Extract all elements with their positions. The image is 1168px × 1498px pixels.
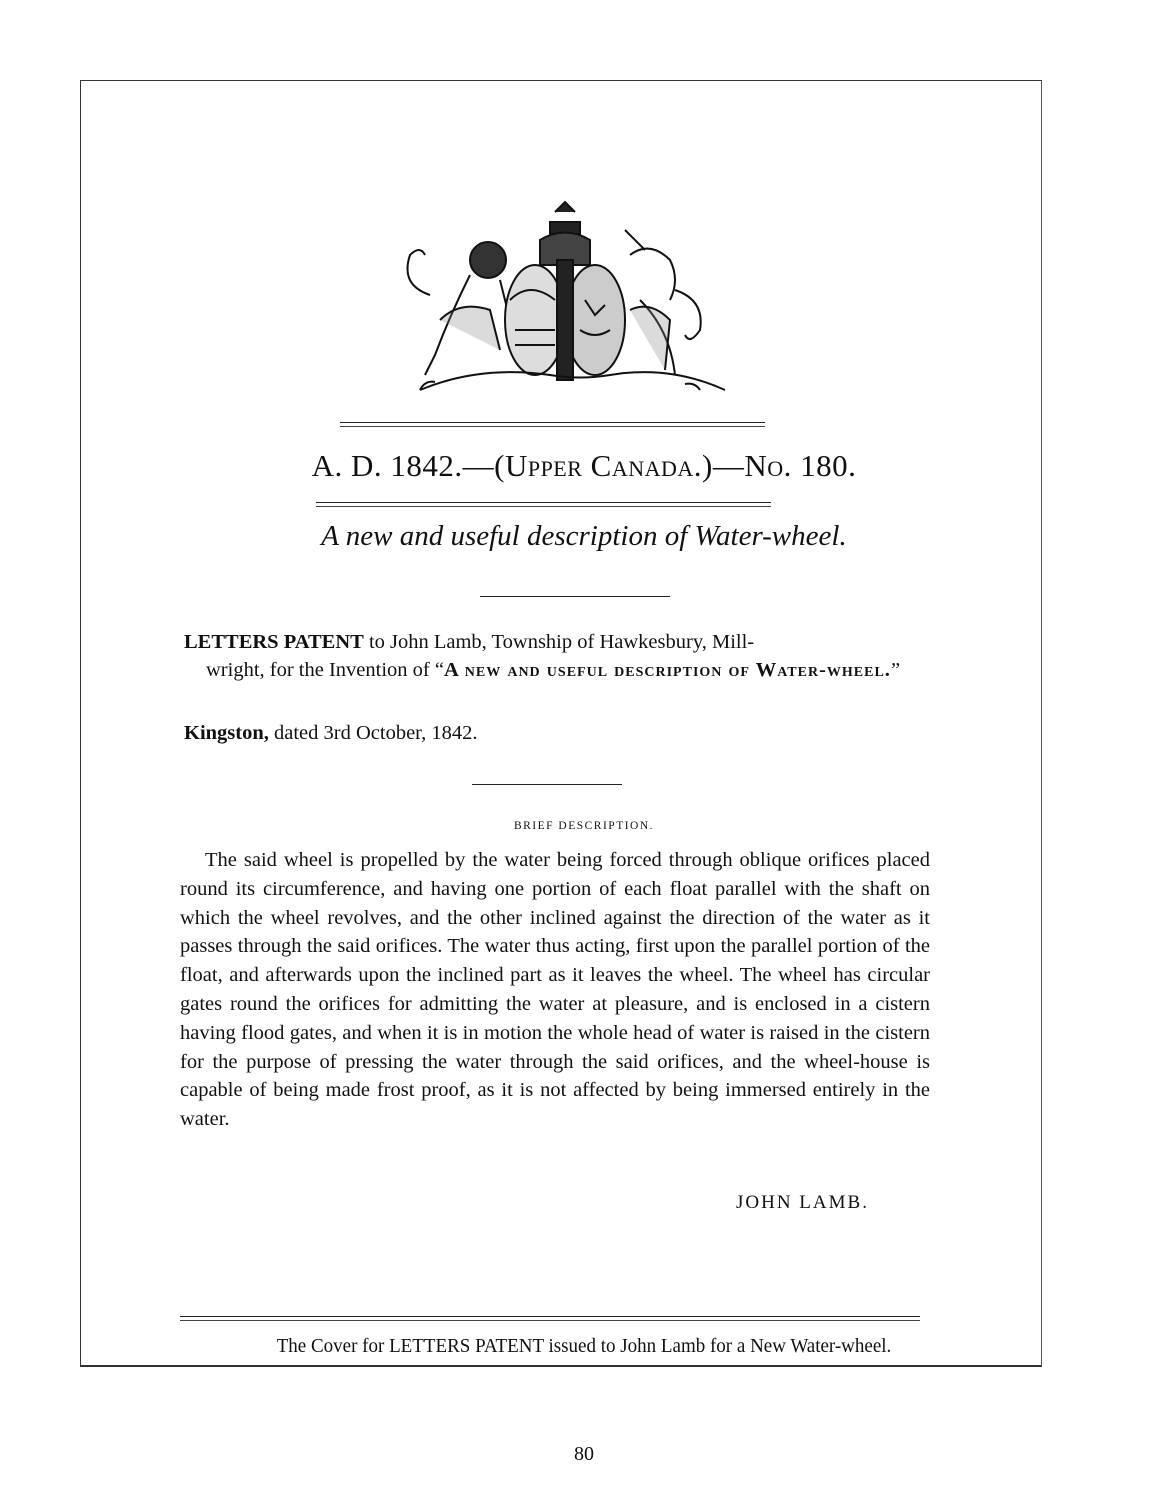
signature: JOHN LAMB. bbox=[736, 1192, 869, 1214]
close-quote: ” bbox=[891, 659, 900, 681]
heading-number: No. 180. bbox=[744, 448, 856, 483]
patent-heading: A. D. 1842.—(Upper Canada.)—No. 180. bbox=[0, 448, 1168, 484]
invention-title: A new and useful description of Water-wh… bbox=[444, 659, 891, 681]
brief-description-title: BRIEF DESCRIPTION. bbox=[0, 820, 1168, 832]
rule-short-subtitle bbox=[480, 596, 670, 597]
rule-short-brief bbox=[472, 784, 622, 785]
rule-double-heading bbox=[316, 502, 771, 507]
kingston-date-line: Kingston, dated 3rd October, 1842. bbox=[184, 722, 478, 745]
figure-caption: The Cover for LETTERS PATENT issued to J… bbox=[29, 1335, 1139, 1358]
page-number: 80 bbox=[0, 1443, 1168, 1466]
patent-subtitle: A new and useful description of Water-wh… bbox=[0, 520, 1168, 553]
letters-patent-paragraph: LETTERS PATENT to John Lamb, Township of… bbox=[184, 628, 936, 684]
kingston-date: dated 3rd October, 1842. bbox=[269, 722, 478, 744]
heading-dash: — bbox=[463, 448, 495, 483]
letters-patent-text: to John Lamb, Township of Hawkesbury, Mi… bbox=[364, 631, 754, 653]
brief-description-body: The said wheel is propelled by the water… bbox=[180, 846, 930, 1134]
heading-dash: — bbox=[713, 448, 745, 483]
body-paragraph: The said wheel is propelled by the water… bbox=[180, 846, 930, 1134]
letters-patent-lead: LETTERS PATENT bbox=[184, 631, 364, 653]
kingston-place: Kingston, bbox=[184, 722, 269, 744]
rule-double-top bbox=[340, 422, 765, 427]
heading-region: (Upper Canada.) bbox=[494, 448, 713, 483]
royal-coat-of-arms-icon bbox=[400, 200, 730, 405]
heading-year: A. D. 1842. bbox=[312, 448, 463, 483]
rule-double-bottom bbox=[180, 1316, 920, 1321]
letters-patent-text: wright, for the Invention of “ bbox=[206, 659, 444, 681]
